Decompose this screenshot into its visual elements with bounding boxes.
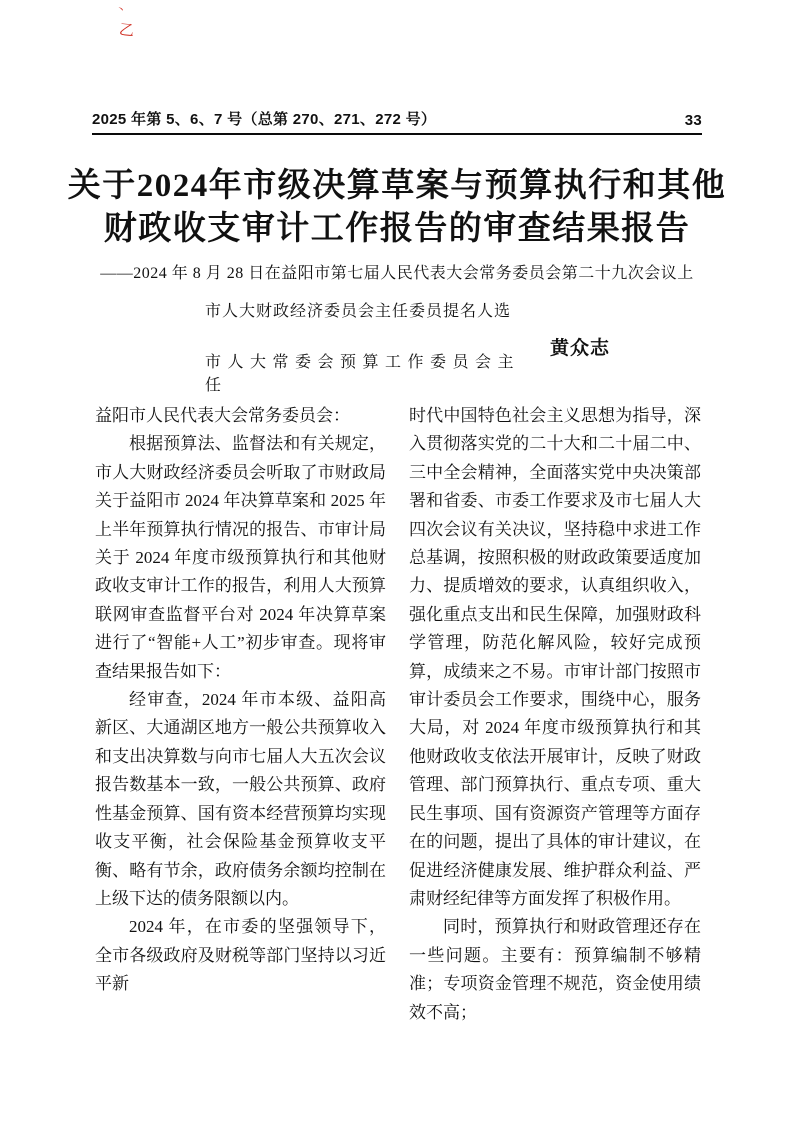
byline-roles: 市人大财政经济委员会主任委员提名人选 市人大常委会预算工作委员会主任 [205, 298, 520, 395]
byline: 市人大财政经济委员会主任委员提名人选 市人大常委会预算工作委员会主任 黄众志 [205, 298, 645, 395]
red-stamp-mark-icon: 乙 [118, 22, 135, 38]
paragraph: 根据预算法、监督法和有关规定，市人大财政经济委员会听取了市财政局关于益阳市 20… [95, 430, 386, 686]
page-header: 2025 年第 5、6、7 号（总第 270、271、272 号） 33 [92, 108, 702, 135]
red-stamp-mark-icon: 丶 [115, 5, 126, 16]
paragraph: 益阳市人民代表大会常务委员会： [95, 402, 386, 430]
document-title-line1: 关于2024年市级决算草案与预算执行和其他 [47, 165, 747, 208]
paragraph: 同时，预算执行和财政管理还存在一些问题。主要有：预算编制不够精准；专项资金管理不… [409, 913, 701, 1027]
byline-role-2: 市人大常委会预算工作委员会主任 [205, 349, 520, 395]
body-column-right: 时代中国特色社会主义思想为指导，深入贯彻落实党的二十大和二十届二中、三中全会精神… [409, 402, 701, 1027]
document-page: 丶 乙 2025 年第 5、6、7 号（总第 270、271、272 号） 33… [0, 0, 794, 1122]
document-title: 关于2024年市级决算草案与预算执行和其他 财政收支审计工作报告的审查结果报告 [47, 165, 747, 251]
byline-author: 黄众志 [550, 333, 610, 360]
paragraph: 时代中国特色社会主义思想为指导，深入贯彻落实党的二十大和二十届二中、三中全会精神… [409, 402, 701, 913]
issue-label: 2025 年第 5、6、7 号（总第 270、271、272 号） [92, 108, 436, 129]
body-column-left: 益阳市人民代表大会常务委员会： 根据预算法、监督法和有关规定，市人大财政经济委员… [95, 402, 386, 1027]
byline-role-1: 市人大财政经济委员会主任委员提名人选 [205, 298, 520, 321]
paragraph: 经审查，2024 年市本级、益阳高新区、大通湖区地方一般公共预算收入和支出决算数… [95, 686, 386, 913]
document-body: 益阳市人民代表大会常务委员会： 根据预算法、监督法和有关规定，市人大财政经济委员… [95, 402, 701, 1027]
document-subtitle: ——2024 年 8 月 28 日在益阳市第七届人民代表大会常务委员会第二十九次… [92, 260, 702, 283]
paragraph: 2024 年，在市委的坚强领导下，全市各级政府及财税等部门坚持以习近平新 [95, 913, 386, 998]
page-number: 33 [685, 112, 702, 129]
document-title-line2: 财政收支审计工作报告的审查结果报告 [47, 208, 747, 251]
